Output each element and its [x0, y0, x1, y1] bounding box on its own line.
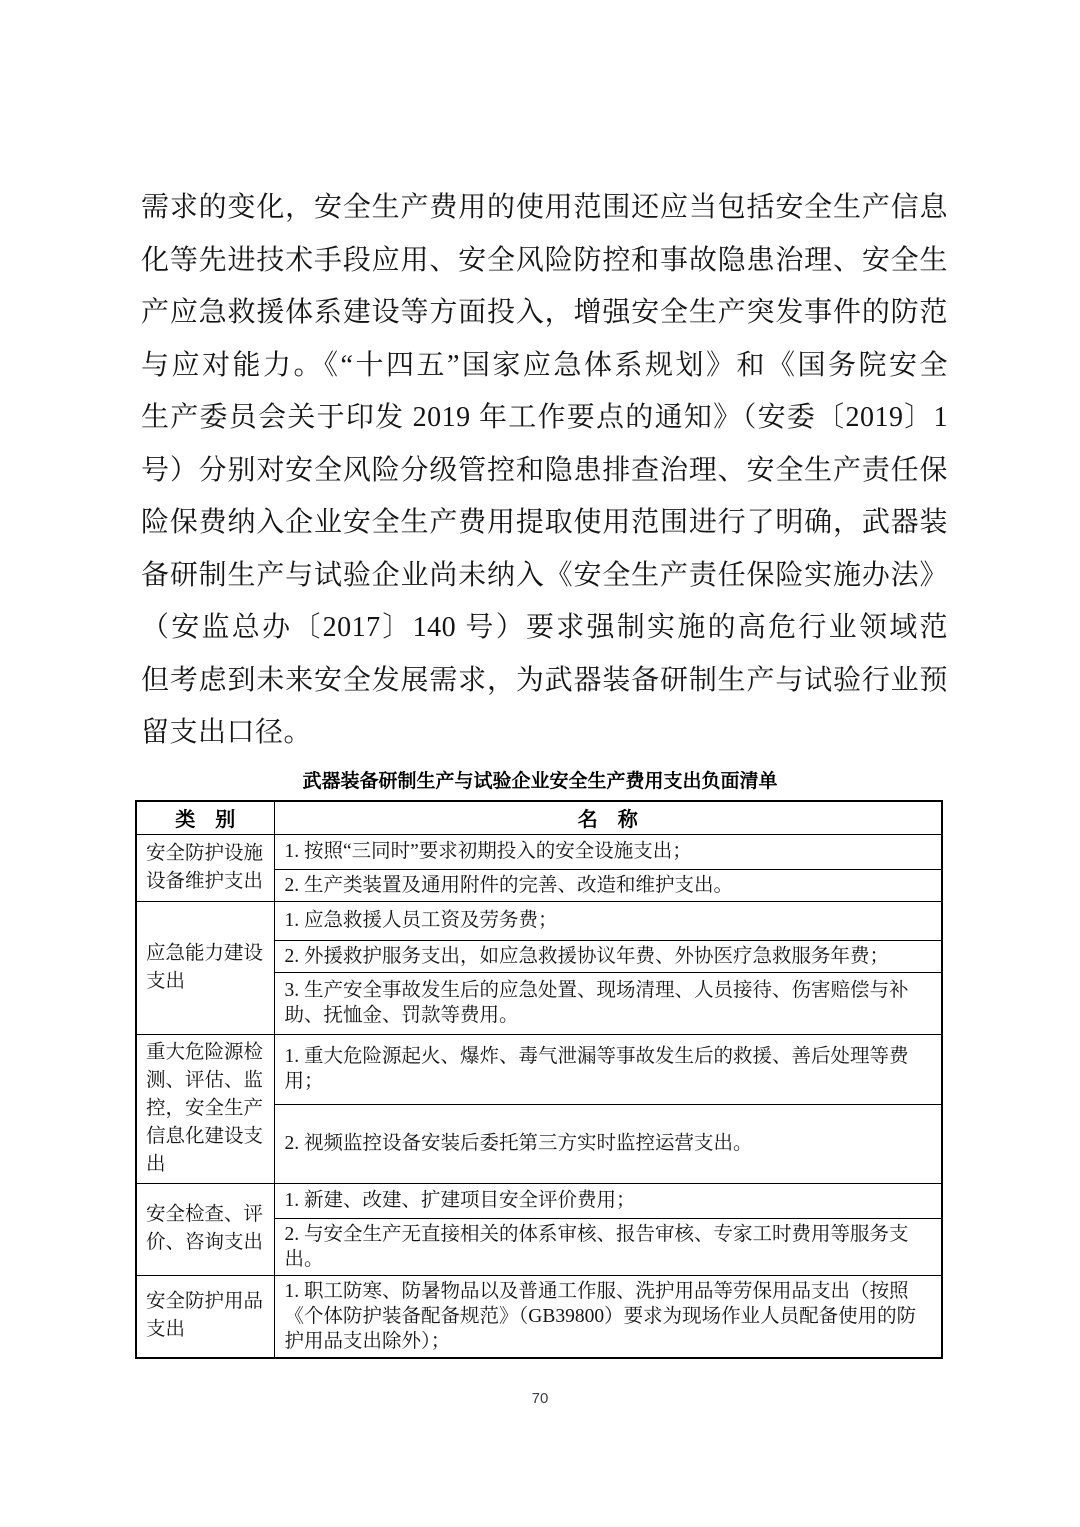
header-name: 名 称	[274, 801, 942, 834]
paragraph-line: 化等先进技术手段应用、安全风险防控和事故隐患治理、安全生	[141, 235, 948, 288]
category-cell: 重大危险源检测、评估、监控，安全生产信息化建设支出	[136, 1034, 274, 1183]
paragraph-line: 号）分别对安全风险分级管控和隐患排查治理、安全生产责任保	[141, 445, 948, 498]
name-cell: 1. 按照“三同时”要求初期投入的安全设施支出；	[274, 834, 942, 869]
paragraph-line: （安监总办〔2017〕140 号）要求强制实施的高危行业领域范围，	[141, 602, 948, 655]
page-number: 70	[0, 1390, 1080, 1407]
table-row: 重大危险源检测、评估、监控，安全生产信息化建设支出 1. 重大危险源起火、爆炸、…	[136, 1034, 942, 1104]
name-cell: 1. 新建、改建、扩建项目安全评价费用；	[274, 1183, 942, 1218]
table-title: 武器装备研制生产与试验企业安全生产费用支出负面清单	[0, 766, 1080, 793]
header-category: 类 别	[136, 801, 274, 834]
table-header-row: 类 别 名 称	[136, 801, 942, 834]
table-row: 安全防护设施设备维护支出 1. 按照“三同时”要求初期投入的安全设施支出；	[136, 834, 942, 869]
name-cell: 2. 外援救护服务支出，如应急救援协议年费、外协医疗急救服务年费；	[274, 940, 942, 972]
document-page: 需求的变化，安全生产费用的使用范围还应当包括安全生产信息 化等先进技术手段应用、…	[0, 0, 1080, 1527]
category-cell: 安全检查、评价、咨询支出	[136, 1183, 274, 1275]
category-cell: 应急能力建设支出	[136, 901, 274, 1034]
paragraph-line: 备研制生产与试验企业尚未纳入《安全生产责任保险实施办法》	[141, 550, 948, 603]
name-cell: 2. 生产类装置及通用附件的完善、改造和维护支出。	[274, 869, 942, 901]
paragraph-line: 留支出口径。	[141, 707, 948, 760]
category-cell: 安全防护设施设备维护支出	[136, 834, 274, 901]
paragraph-line: 需求的变化，安全生产费用的使用范围还应当包括安全生产信息	[141, 182, 948, 235]
paragraph-line: 生产委员会关于印发 2019 年工作要点的通知》（安委〔2019〕1	[141, 392, 948, 445]
negative-list-table: 类 别 名 称 安全防护设施设备维护支出 1. 按照“三同时”要求初期投入的安全…	[135, 800, 943, 1359]
table-row: 安全检查、评价、咨询支出 1. 新建、改建、扩建项目安全评价费用；	[136, 1183, 942, 1218]
name-cell: 2. 视频监控设备安装后委托第三方实时监控运营支出。	[274, 1104, 942, 1183]
name-cell: 1. 应急救援人员工资及劳务费；	[274, 901, 942, 940]
name-cell: 1. 职工防寒、防暑物品以及普通工作服、洗护用品等劳保用品支出（按照《个体防护装…	[274, 1275, 942, 1358]
paragraph-line: 与应对能力。《“十四五”国家应急体系规划》和《国务院安全	[141, 340, 948, 393]
category-cell: 安全防护用品支出	[136, 1275, 274, 1358]
table-row: 安全防护用品支出 1. 职工防寒、防暑物品以及普通工作服、洗护用品等劳保用品支出…	[136, 1275, 942, 1358]
paragraph: 需求的变化，安全生产费用的使用范围还应当包括安全生产信息 化等先进技术手段应用、…	[141, 182, 948, 760]
name-cell: 2. 与安全生产无直接相关的体系审核、报告审核、专家工时费用等服务支出。	[274, 1218, 942, 1275]
paragraph-line: 但考虑到未来安全发展需求，为武器装备研制生产与试验行业预	[141, 655, 948, 708]
table-row: 应急能力建设支出 1. 应急救援人员工资及劳务费；	[136, 901, 942, 940]
paragraph-line: 产应急救援体系建设等方面投入，增强安全生产突发事件的防范	[141, 287, 948, 340]
name-cell: 1. 重大危险源起火、爆炸、毒气泄漏等事故发生后的救援、善后处理等费用；	[274, 1034, 942, 1104]
name-cell: 3. 生产安全事故发生后的应急处置、现场清理、人员接待、伤害赔偿与补助、抚恤金、…	[274, 972, 942, 1034]
paragraph-line: 险保费纳入企业安全生产费用提取使用范围进行了明确，武器装	[141, 497, 948, 550]
